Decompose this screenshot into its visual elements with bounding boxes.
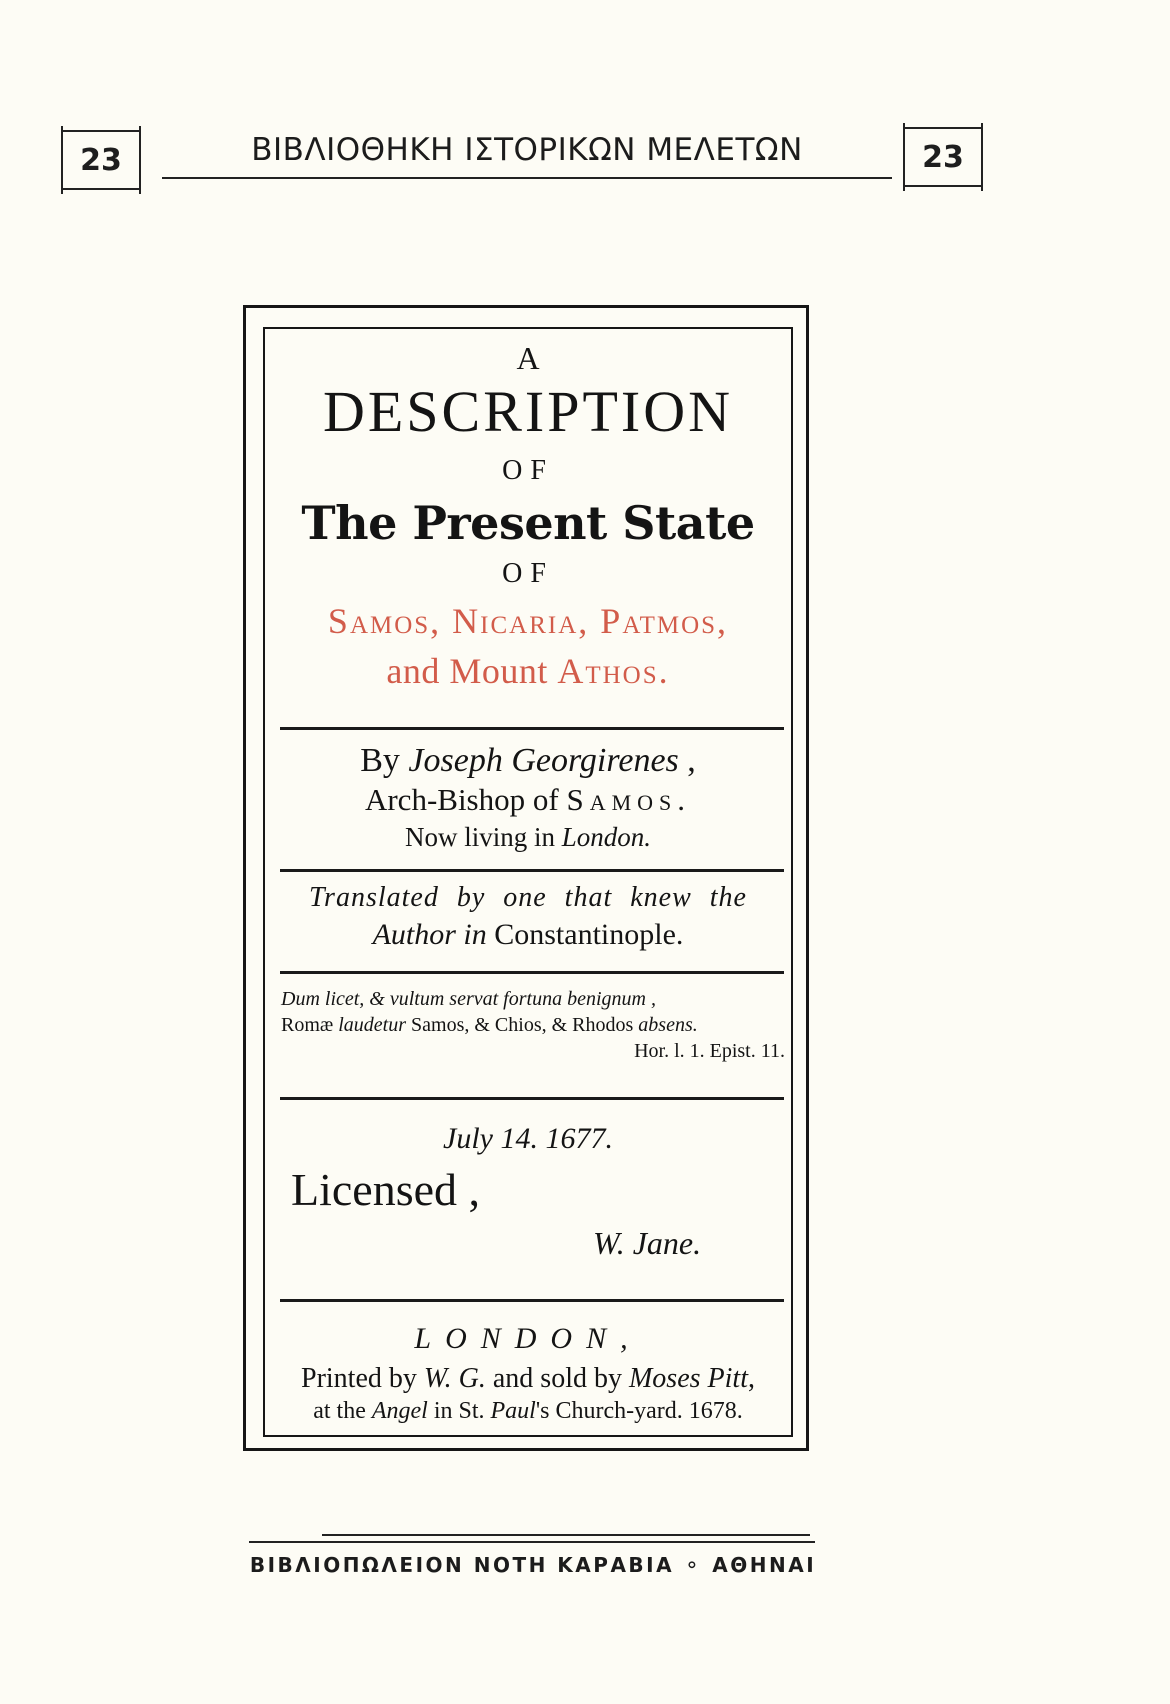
series-title: ΒΙΒΛΙΟΘΗΚΗ ΙΣΤΟΡΙΚΩΝ ΜΕΛΕΤΩΝ bbox=[162, 132, 892, 168]
author-line: By Joseph Georgirenes , bbox=[263, 742, 793, 780]
footer-rule-long bbox=[249, 1541, 815, 1543]
author-name: Joseph Georgirenes bbox=[408, 742, 678, 779]
epigraph-line-2: Romæ laudetur Samos, & Chios, & Rhodos a… bbox=[281, 1014, 781, 1037]
translator-line-2: Author in Constantinople. bbox=[263, 918, 793, 952]
author-title-prefix: Arch-Bishop of bbox=[365, 782, 566, 817]
epigraph-romae: Romæ bbox=[281, 1014, 338, 1036]
divider-rule bbox=[280, 727, 784, 730]
imprint-printed-by: Printed by bbox=[301, 1363, 424, 1394]
translator-italic: Author in bbox=[373, 918, 495, 951]
volume-number-box-right: 23 bbox=[905, 127, 981, 187]
imprint-comma: , bbox=[748, 1363, 755, 1394]
title-present-state-blackletter: The Present State bbox=[263, 496, 793, 550]
title-main: DESCRIPTION bbox=[263, 378, 793, 445]
imprint-printer-line: Printed by W. G. and sold by Moses Pitt, bbox=[263, 1363, 793, 1395]
places-athos: Athos. bbox=[557, 651, 669, 691]
title-places-line-2: and Mount Athos. bbox=[263, 650, 793, 692]
title-article: A bbox=[263, 340, 793, 377]
license-label: Licensed , bbox=[291, 1163, 480, 1216]
divider-rule bbox=[280, 1299, 784, 1302]
imprint-churchyard-year: 's Church-yard. 1678. bbox=[536, 1398, 743, 1424]
publisher-imprint: ΒΙΒΛΙΟΠΩΛΕΙΟΝ ΝΟΤΗ ΚΑΡΑΒΙΑ ⚬ ΑΘΗΝΑΙ bbox=[243, 1553, 823, 1577]
license-date: July 14. 1677. bbox=[263, 1122, 793, 1156]
residence-city: London. bbox=[562, 822, 651, 852]
imprint-city: LONDON, bbox=[263, 1322, 793, 1356]
imprint-address-line: at the Angel in St. Paul's Church-yard. … bbox=[263, 1398, 793, 1425]
author-residence-line: Now living in London. bbox=[263, 822, 793, 853]
author-title-line: Arch-Bishop of Samos. bbox=[263, 782, 793, 818]
volume-number-box-left: 23 bbox=[63, 130, 139, 190]
licenser-name: W. Jane. bbox=[593, 1225, 701, 1262]
epigraph-citation: Hor. l. 1. Epist. 11. bbox=[281, 1040, 785, 1063]
divider-rule bbox=[280, 1097, 784, 1100]
imprint-seller: Moses Pitt bbox=[629, 1363, 748, 1394]
divider-rule bbox=[280, 971, 784, 974]
footer-rule-short bbox=[322, 1534, 810, 1536]
imprint-printer: W. G. bbox=[424, 1363, 486, 1394]
author-comma: , bbox=[679, 742, 696, 779]
translator-city: Constantinople. bbox=[494, 918, 683, 951]
imprint-at-the: at the bbox=[313, 1398, 372, 1424]
residence-prefix: Now living in bbox=[405, 822, 562, 852]
places-prefix: and Mount bbox=[386, 651, 557, 691]
epigraph-islands: Samos, & Chios, & Rhodos bbox=[406, 1014, 638, 1036]
imprint-sign: Angel bbox=[372, 1398, 428, 1424]
imprint-saint: Paul bbox=[491, 1398, 536, 1424]
author-by: By bbox=[360, 742, 408, 779]
title-places-line-1: Samos, Nicaria, Patmos, bbox=[263, 600, 793, 642]
epigraph-absens: absens. bbox=[638, 1014, 697, 1036]
imprint-in-st: in St. bbox=[428, 1398, 491, 1424]
imprint-sold-by: and sold by bbox=[486, 1363, 629, 1394]
epigraph-laudetur: laudetur bbox=[338, 1014, 406, 1036]
divider-rule bbox=[280, 869, 784, 872]
volume-number-left: 23 bbox=[80, 143, 122, 178]
translator-line-1: Translated by one that knew the bbox=[263, 882, 793, 914]
epigraph-line-1: Dum licet, & vultum servat fortuna benig… bbox=[281, 988, 781, 1011]
title-of-2: OF bbox=[263, 558, 793, 590]
author-see: Samos. bbox=[566, 782, 691, 817]
volume-number-right: 23 bbox=[922, 140, 964, 175]
title-of-1: OF bbox=[263, 455, 793, 487]
series-title-underline bbox=[162, 177, 892, 179]
